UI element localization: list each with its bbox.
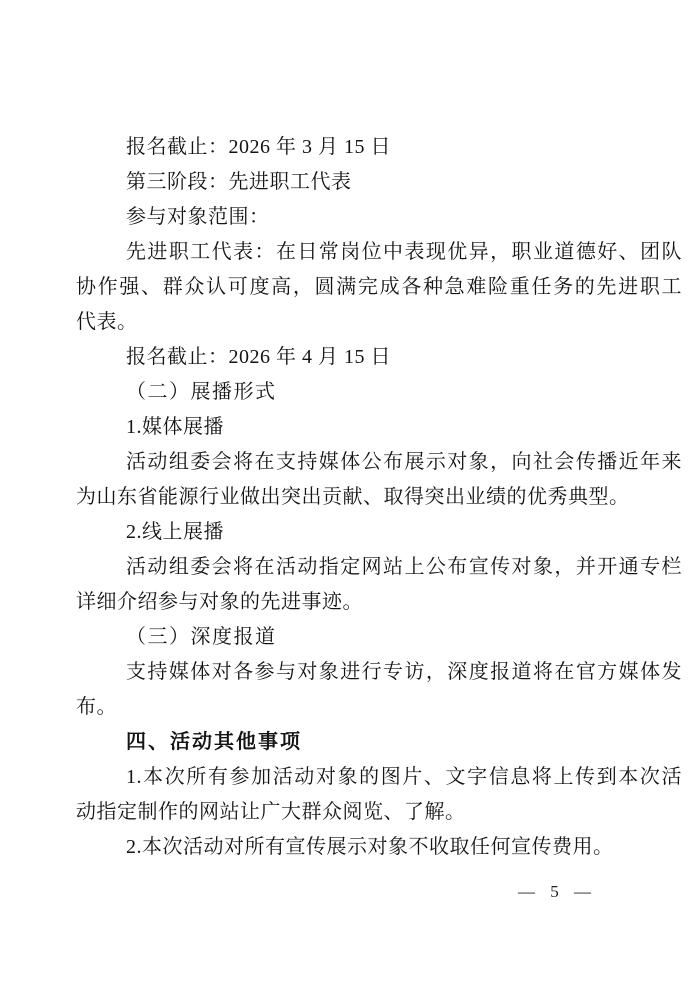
line-other-matters-1b: 动指定制作的网站让广大群众阅览、了解。 — [76, 795, 682, 830]
line-media-display-2: 为山东省能源行业做出突出贡献、取得突出业绩的优秀典型。 — [76, 480, 682, 515]
line-deep-report-2: 布。 — [76, 690, 682, 725]
line-other-matters-2: 2.本次活动对所有宣传展示对象不收取任何宣传费用。 — [76, 830, 682, 865]
line-online-display-2: 详细介绍参与对象的先进事迹。 — [76, 585, 682, 620]
line-online-display-1: 活动组委会将在活动指定网站上公布宣传对象，并开通专栏 — [76, 550, 682, 585]
heading-other-matters: 四、活动其他事项 — [76, 725, 682, 760]
line-deep-report-1: 支持媒体对各参与对象进行专访，深度报道将在官方媒体发 — [76, 655, 682, 690]
line-stage3-desc-2: 协作强、群众认可度高，圆满完成各种急难险重任务的先进职工 — [76, 270, 682, 305]
line-other-matters-1a: 1.本次所有参加活动对象的图片、文字信息将上传到本次活 — [76, 760, 682, 795]
line-stage3-title: 第三阶段：先进职工代表 — [76, 165, 682, 200]
page-number: — 5 — — [518, 882, 592, 902]
subheading-display-format: （二）展播形式 — [76, 375, 682, 410]
line-scope-label: 参与对象范围： — [76, 200, 682, 235]
line-deadline-stage2: 报名截止：2026 年 3 月 15 日 — [76, 130, 682, 165]
line-stage3-desc-3: 代表。 — [76, 305, 682, 340]
line-online-display-title: 2.线上展播 — [76, 515, 682, 550]
document-body: 报名截止：2026 年 3 月 15 日 第三阶段：先进职工代表 参与对象范围：… — [76, 130, 682, 865]
line-media-display-1: 活动组委会将在支持媒体公布展示对象，向社会传播近年来 — [76, 445, 682, 480]
line-media-display-title: 1.媒体展播 — [76, 410, 682, 445]
line-stage3-desc-1: 先进职工代表：在日常岗位中表现优异，职业道德好、团队 — [76, 235, 682, 270]
document-page: 报名截止：2026 年 3 月 15 日 第三阶段：先进职工代表 参与对象范围：… — [0, 0, 700, 990]
line-deadline-stage3: 报名截止：2026 年 4 月 15 日 — [76, 340, 682, 375]
subheading-deep-report: （三）深度报道 — [76, 620, 682, 655]
